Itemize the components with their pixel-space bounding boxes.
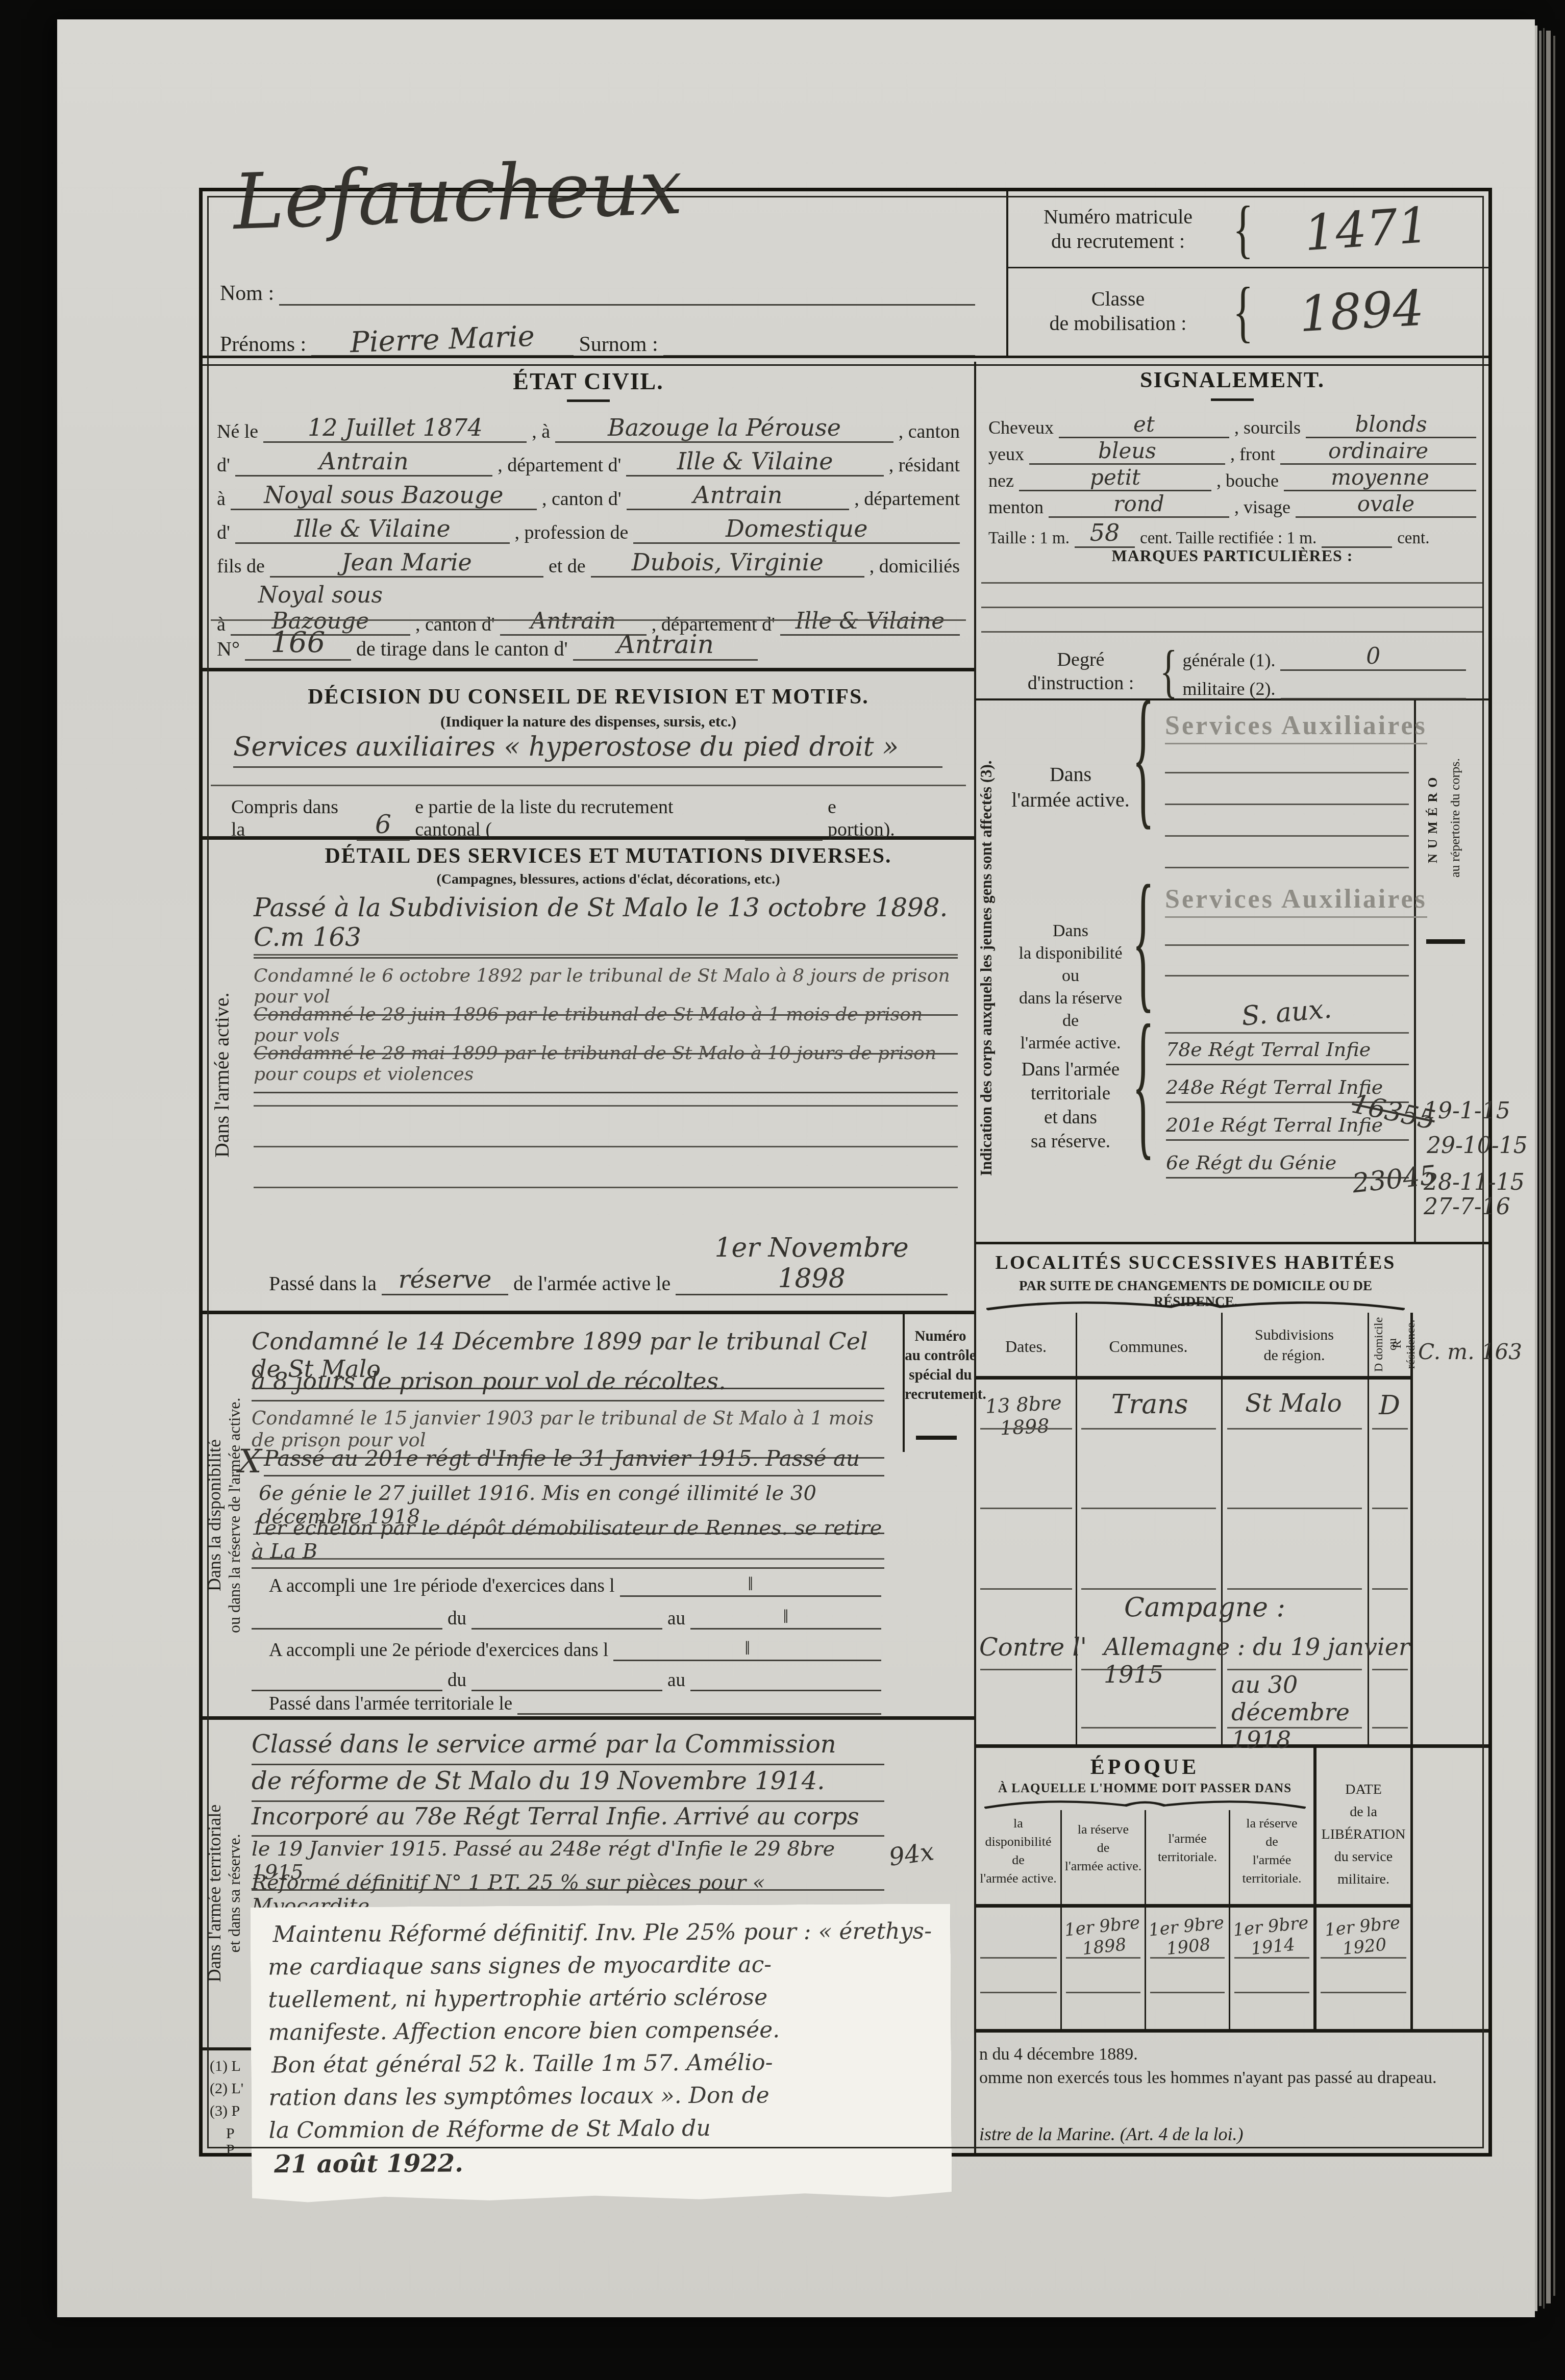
- epoque-value-4: 1er 9bre 1914: [1228, 1912, 1315, 1962]
- epoque-value-3: 1er 9bre 1908: [1144, 1912, 1230, 1961]
- col-r-header: R résidence.: [1390, 1316, 1418, 1373]
- corps-date-1: 19-1-15: [1424, 1098, 1510, 1124]
- cm163-margin-note: C. m. 163: [1418, 1339, 1522, 1364]
- brace-ornament: [986, 1297, 1405, 1311]
- ruled-line: [1165, 867, 1409, 868]
- ruled-line: [980, 1669, 1072, 1670]
- localites-section: LOCALITÉS SUCCESSIVES HABITÉES PAR SUITE…: [976, 1244, 1488, 1748]
- repertoire-label-2: au répertoire du corps.: [1448, 711, 1463, 925]
- page-edge-streak: [1553, 36, 1555, 2296]
- territoriale-margin-label-1: Dans l'armée territoriale: [204, 1720, 225, 2066]
- brace-icon: {: [1233, 271, 1253, 350]
- label: cent.: [1397, 529, 1429, 548]
- row-dr: D: [1370, 1390, 1409, 1421]
- decision-subtitle: (Indiquer la nature des dispenses, sursi…: [203, 713, 974, 731]
- degre-militaire-row: militaire (2).: [1183, 678, 1466, 699]
- corps-date-2: 29-10-15: [1427, 1133, 1528, 1159]
- ruled-line: [1234, 1992, 1309, 1993]
- tirage-row: N° 166 de tirage dans le canton d' Antra…: [217, 626, 758, 661]
- note-line-7: la Commion de Réforme de St Malo du: [269, 2115, 711, 2144]
- label: à: [217, 488, 226, 510]
- ruled-line: [1150, 1957, 1225, 1959]
- ruled-line: [254, 954, 958, 956]
- etat-civil-title: ÉTAT CIVIL.: [203, 368, 974, 395]
- au-label: au: [667, 1608, 685, 1630]
- label: yeux: [988, 443, 1024, 465]
- corps-date-4: 27-7-16: [1424, 1194, 1510, 1220]
- epoque-col-1: la disponibilité de l'armée active.: [976, 1814, 1060, 1888]
- services-auxiliaires-stamp: Services Auxiliaires: [1165, 711, 1427, 744]
- value: Ille & Vilaine: [677, 447, 833, 475]
- controle-box: Numéro au contrôle spécial du recrutemen…: [903, 1314, 976, 1452]
- matricule-row: Numéro matricule du recrutement : { 1471: [1008, 191, 1491, 268]
- ruled-line: [980, 1588, 1072, 1590]
- corps-territoriale-label: Dans l'armée territoriale et dans sa rés…: [1007, 1058, 1134, 1154]
- reserve-word: réserve: [399, 1265, 492, 1294]
- label: A accompli une 1re période d'exercices d…: [269, 1575, 615, 1597]
- note-line-4: manifeste. Affection encore bien compens…: [268, 2017, 780, 2045]
- ruled-line: [1227, 1428, 1362, 1430]
- corps-active-label: Dans l'armée active.: [1007, 762, 1134, 813]
- au-label: au: [667, 1669, 685, 1691]
- reserve-row: Passé dans la réserve de l'armée active …: [269, 1233, 948, 1295]
- header-rule: [976, 1904, 1412, 1908]
- ruled-line: [980, 1428, 1072, 1430]
- blank-line: [690, 1690, 881, 1691]
- label: , canton: [899, 420, 960, 443]
- footer-fragment-1: n du 4 décembre 1889.: [979, 2045, 1138, 2064]
- label: , à: [532, 420, 550, 443]
- value: ovale: [1357, 491, 1414, 516]
- label: , profession de: [515, 521, 629, 544]
- epoque-col-2: la réserve de l'armée active.: [1062, 1820, 1145, 1875]
- epoque-title: ÉPOQUE: [976, 1755, 1313, 1780]
- dispo-margin-label-2: ou dans la réserve de l'armée active.: [225, 1314, 244, 1716]
- etat-civil-section: ÉTAT CIVIL. Né le 12 Juillet 1874 , à Ba…: [203, 362, 974, 671]
- label: menton: [988, 496, 1044, 518]
- signalement-title: SIGNALEMENT.: [976, 367, 1488, 393]
- header-rule: [976, 1376, 1412, 1380]
- ruled-line: [1165, 772, 1409, 773]
- label: , département d': [498, 454, 621, 477]
- taille-value: 58: [1090, 519, 1120, 546]
- ruled-line: [1081, 1428, 1216, 1430]
- ruled-line: [981, 582, 1483, 584]
- value: bleus: [1098, 438, 1156, 463]
- value: petit: [1090, 465, 1140, 490]
- ruled-line: [1081, 1727, 1216, 1728]
- blank-line: [252, 1628, 442, 1630]
- prenoms-line: Pierre Marie: [311, 322, 574, 357]
- epoque-value-5: 1er 9bre 1920: [1314, 1912, 1412, 1962]
- prenoms-value: Pierre Marie: [350, 320, 535, 360]
- label: d': [217, 454, 230, 477]
- ruled-line: [1372, 1588, 1408, 1590]
- brace-icon: {: [1132, 668, 1154, 846]
- signalement-row-3: nez petit , bouche moyenne: [988, 465, 1476, 491]
- ruled-line: [1165, 944, 1409, 946]
- ruled-line: [211, 785, 966, 786]
- classe-label: Classe: [1091, 287, 1145, 310]
- title-rule: [567, 399, 610, 402]
- footer-right: n du 4 décembre 1889. omme non exercés t…: [976, 2033, 1488, 2153]
- territoriale-entry-1: Classé dans le service armé par la Commi…: [252, 1730, 884, 1765]
- label: Passé dans la: [269, 1271, 377, 1295]
- ruled-line: [1321, 1992, 1406, 1993]
- matricule-value: 1471: [1303, 196, 1431, 262]
- etat-line-5: fils de Jean Marie et de Dubois, Virgini…: [217, 548, 960, 578]
- header-left: Lefaucheux Nom : Prénoms : Pierre Marie …: [203, 191, 1006, 356]
- ruled-line: [1165, 804, 1409, 805]
- generale-label: générale (1).: [1183, 649, 1276, 671]
- col-dates-header: Dates.: [976, 1337, 1076, 1356]
- blank-line: ‖: [690, 1606, 881, 1630]
- title-rule: [1211, 398, 1254, 401]
- footer-fragment-3: istre de la Marine. (Art. 4 de la loi.): [979, 2123, 1244, 2145]
- classe-label2: de mobilisation :: [1050, 312, 1187, 335]
- ruled-line: [1227, 1508, 1362, 1509]
- value: Domestique: [726, 515, 868, 542]
- epoque-col-3: l'armée territoriale.: [1146, 1830, 1229, 1866]
- footnote-4: P: [226, 2125, 235, 2142]
- passage-territoriale-row: Passé dans l'armée territoriale le: [269, 1693, 881, 1715]
- label: , département: [854, 488, 960, 510]
- table-right-edge: [1410, 1748, 1413, 2029]
- prenoms-row: Prénoms : Pierre Marie Surnom :: [220, 322, 975, 357]
- label: , canton d': [542, 488, 622, 510]
- epoque-section: ÉPOQUE À LAQUELLE L'HOMME DOIT PASSER DA…: [976, 1748, 1488, 2033]
- services-entry-4: Condamné le 28 mai 1899 par le tribunal …: [254, 1043, 958, 1093]
- value: Antrain: [319, 447, 408, 475]
- col-subdiv-header: Subdivisions de région.: [1221, 1325, 1368, 1366]
- etat-line-4: d' Ille & Vilaine , profession de Domest…: [217, 515, 960, 544]
- label: Passé dans l'armée territoriale le: [269, 1693, 512, 1715]
- label: , bouche: [1216, 470, 1279, 491]
- tirage-number: 166: [270, 626, 325, 659]
- label: Cheveux: [988, 417, 1054, 438]
- matricule-label: Numéro matricule: [1044, 205, 1193, 228]
- label: e partie de la liste du recrutement cant…: [415, 796, 740, 841]
- blank-line: [252, 1690, 442, 1691]
- pasted-revision-note: Maintenu Réformé définitif. Inv. Ple 25%…: [250, 1903, 952, 2206]
- ruled-line: [981, 607, 1483, 608]
- double-mark: ‖: [744, 1638, 750, 1659]
- label: Compris dans la: [231, 796, 352, 841]
- brace-ornament: [984, 1797, 1306, 1809]
- ruled-line: [1321, 1957, 1406, 1959]
- periode-1-dates-row: du au ‖: [252, 1606, 881, 1630]
- scanned-register-page: Lefaucheux Nom : Prénoms : Pierre Marie …: [0, 0, 1565, 2380]
- blank-line: [517, 1713, 881, 1715]
- value: et: [1133, 412, 1155, 437]
- ruled-line: [254, 1105, 958, 1107]
- note-line-1: Maintenu Réformé définitif. Inv. Ple 25%…: [273, 1918, 932, 1948]
- value: Ille & Vilaine: [294, 515, 451, 542]
- footnote-3: (3) P: [210, 2102, 240, 2120]
- dispo-entry-6: 1er échelon par le dépôt démobilisateur …: [252, 1516, 884, 1569]
- decision-text: Services auxiliaires « hyperostose du pi…: [233, 732, 942, 768]
- value: Dubois, Virginie: [632, 548, 824, 576]
- ruled-line: [252, 1558, 884, 1560]
- footnote-5: P: [226, 2141, 235, 2159]
- surnom-label: Surnom :: [579, 332, 658, 357]
- value: Ille & Vilaine: [796, 608, 945, 634]
- partie-number: 6: [375, 810, 391, 839]
- numero-label: N°: [217, 637, 240, 661]
- ruled-line: [254, 1187, 958, 1188]
- short-rule: [916, 1436, 957, 1440]
- right-column: SIGNALEMENT. Cheveux et , sourcils blond…: [976, 362, 1488, 2153]
- campagne-contre: Contre l': [979, 1633, 1087, 1662]
- degre-block: Degré d'instruction : { générale (1). 0 …: [1007, 643, 1466, 699]
- margin-mark: 94x: [887, 1837, 936, 1872]
- dispo-section: Dans la disponibilité ou dans la réserve…: [203, 1314, 974, 1720]
- periode-2-row: A accompli une 2e période d'exercices da…: [269, 1638, 881, 1661]
- value: ordinaire: [1328, 438, 1428, 463]
- ruled-line: [980, 1992, 1057, 1993]
- reserve-date: 1er Novembre 1898: [714, 1233, 908, 1294]
- label: de tirage dans le canton d': [356, 637, 568, 661]
- services-section: Dans l'armée active. DÉTAIL DES SERVICES…: [203, 840, 974, 1314]
- page-edge-streak: [1546, 31, 1551, 2303]
- row-commune: Trans: [1083, 1389, 1216, 1420]
- ruled-line: [1234, 1957, 1309, 1959]
- regiment-1: 78e Régt Terral Infie: [1166, 1038, 1409, 1065]
- degre-generale-row: générale (1). 0: [1183, 643, 1466, 671]
- footnote-1: (1) L: [210, 2058, 241, 2075]
- label: , visage: [1234, 496, 1290, 518]
- dispo-margin-label-1: Dans la disponibilité: [204, 1314, 225, 1716]
- ruled-line: [1066, 1957, 1140, 1959]
- label: et de: [549, 555, 586, 578]
- x-mark: X: [238, 1443, 262, 1481]
- ruled-line: [980, 1508, 1072, 1509]
- value: Noyal sous Bazouge: [264, 481, 503, 509]
- du-label: du: [448, 1669, 466, 1691]
- du-label: du: [448, 1608, 466, 1630]
- ruled-line: [1227, 1588, 1362, 1590]
- brace-icon: {: [1233, 192, 1253, 266]
- row-subdiv: St Malo: [1227, 1389, 1360, 1418]
- label: fils de: [217, 555, 265, 578]
- col-communes-header: Communes.: [1076, 1337, 1221, 1356]
- double-mark: ‖: [748, 1574, 753, 1595]
- epoque-subtitle: À LAQUELLE L'HOMME DOIT PASSER DANS: [976, 1782, 1313, 1796]
- value: Antrain: [693, 481, 782, 509]
- militaire-line: [1281, 698, 1467, 699]
- services-margin-label: Dans l'armée active.: [210, 840, 234, 1311]
- ruled-line: [1165, 1032, 1409, 1034]
- signalement-row-4: menton rond , visage ovale: [988, 491, 1476, 518]
- nom-line: [279, 304, 975, 306]
- generale-value: 0: [1366, 643, 1380, 669]
- ruled-line: [1372, 1428, 1408, 1430]
- note-line-6: ration dans les symptômes locaux ». Don …: [268, 2082, 769, 2111]
- services-subtitle: (Campagnes, blessures, actions d'éclat, …: [246, 871, 971, 888]
- footer-fragment-2: omme non exercés tous les hommes n'ayant…: [979, 2068, 1436, 2088]
- label: , domiciliés: [870, 555, 960, 578]
- territoriale-entry-3: Incorporé au 78e Régt Terral Infie. Arri…: [252, 1802, 884, 1837]
- prenoms-label: Prénoms :: [220, 332, 306, 357]
- label: Né le: [217, 420, 258, 443]
- signalement-row-2: yeux bleus , front ordinaire: [988, 438, 1476, 465]
- footnote-2: (2) L': [210, 2080, 243, 2097]
- territoriale-entry-2: de réforme de St Malo du 19 Novembre 191…: [252, 1767, 884, 1802]
- classe-row: Classe de mobilisation : { 1894: [1008, 268, 1491, 354]
- ruled-line: [1081, 1588, 1216, 1590]
- label: , résidant: [889, 454, 960, 477]
- ruled-line: [254, 1146, 958, 1147]
- ruled-line: [211, 619, 966, 621]
- label: , sourcils: [1234, 417, 1301, 438]
- liberation-col-header: DATE de la LIBÉRATION du service militai…: [1316, 1778, 1410, 1891]
- left-column: ÉTAT CIVIL. Né le 12 Juillet 1874 , à Ba…: [203, 362, 976, 2153]
- ruled-line: [1150, 1992, 1225, 1993]
- etat-line-2: d' Antrain , département d' Ille & Vilai…: [217, 447, 960, 477]
- signalement-row-1: Cheveux et , sourcils blonds: [988, 412, 1476, 438]
- page-edge-streak: [1539, 31, 1542, 2306]
- saux-note: S. aux.: [1240, 993, 1333, 1032]
- militaire-label: militaire (2).: [1183, 678, 1276, 699]
- epoque-col-4: la réserve de l'armée territoriale.: [1230, 1814, 1313, 1888]
- compris-row: Compris dans la 6 e partie de la liste d…: [231, 796, 905, 841]
- label: Taille : 1 m.: [988, 529, 1070, 548]
- page-edge-streak: [1543, 28, 1545, 2309]
- blank-line: [471, 1690, 662, 1691]
- dispo-entry-2: à 8 jours de prison pour vol de récoltes…: [252, 1367, 884, 1401]
- localites-title: LOCALITÉS SUCCESSIVES HABITÉES: [976, 1251, 1415, 1274]
- label: , front: [1230, 443, 1275, 465]
- dispo-entry-4: Passé au 201e régt d'Infie le 31 Janvier…: [264, 1446, 884, 1476]
- nom-value: Lefaucheux: [232, 143, 684, 247]
- blank-line: ‖: [613, 1638, 881, 1661]
- page-edge-streak: [1535, 26, 1537, 2311]
- label: d': [217, 521, 230, 544]
- blank-line: ‖: [620, 1573, 881, 1597]
- services-title: DÉTAIL DES SERVICES ET MUTATIONS DIVERSE…: [246, 844, 971, 868]
- value: blonds: [1355, 412, 1427, 437]
- periode-1-row: A accompli une 1re période d'exercices d…: [269, 1573, 881, 1597]
- decision-section: DÉCISION DU CONSEIL DE REVISION ET MOTIF…: [203, 671, 974, 840]
- taille-row: Taille : 1 m. 58 cent. Taille rectifiée …: [988, 519, 1476, 548]
- value: 12 Juillet 1874: [308, 414, 483, 441]
- double-mark: ‖: [783, 1607, 788, 1627]
- ruled-line: [1372, 1508, 1408, 1509]
- brace-icon: {: [1160, 638, 1178, 706]
- epoque-value-2: 1er 9bre 1898: [1060, 1912, 1146, 1961]
- ruled-line: [1066, 1992, 1140, 1993]
- value: Bazouge la Pérouse: [608, 414, 841, 441]
- label: nez: [988, 470, 1014, 491]
- corps-date-3: 28-11-15: [1424, 1169, 1525, 1195]
- periode-2-dates-row: du au: [252, 1669, 881, 1691]
- label: A accompli une 2e période d'exercices da…: [269, 1639, 608, 1661]
- label: e portion).: [828, 796, 905, 841]
- header-right: Numéro matricule du recrutement : { 1471…: [1006, 191, 1491, 356]
- corps-dispo-label: Dans la disponibilité ou dans la réserve…: [1007, 920, 1134, 1055]
- campagne-fin: au 30 décembre 1918: [1231, 1671, 1412, 1753]
- classe-value: 1894: [1298, 280, 1426, 343]
- note-line-2: me cardiaque sans signes de myocardite a…: [268, 1951, 772, 1980]
- value: Jean Marie: [341, 548, 472, 576]
- nom-row: Nom :: [220, 281, 975, 306]
- ruled-line: [1081, 1508, 1216, 1509]
- territoriale-margin-label-2: et dans sa réserve.: [225, 1720, 244, 2066]
- note-line-5: Bon état général 52 k. Taille 1m 57. Amé…: [271, 2049, 773, 2078]
- blank-line: [471, 1628, 662, 1630]
- ruled-line: [1165, 835, 1409, 837]
- short-rule: [1426, 939, 1465, 944]
- brace-icon: {: [1132, 989, 1154, 1179]
- corps-margin-label: Indication des corps auxquels les jeunes…: [977, 706, 996, 1231]
- note-line-3: tuellement, ni hypertrophie artério sclé…: [268, 1984, 767, 2013]
- signalement-section: SIGNALEMENT. Cheveux et , sourcils blond…: [976, 362, 1488, 700]
- services-entry-1: Passé à la Subdivision de St Malo le 13 …: [254, 893, 958, 959]
- label: cent. Taille rectifiée : 1 m.: [1140, 529, 1316, 548]
- value: rond: [1113, 491, 1164, 516]
- ruled-line: [980, 1957, 1057, 1959]
- ruled-line: [981, 631, 1483, 633]
- label: de l'armée active le: [513, 1271, 670, 1295]
- marques-label: MARQUES PARTICULIÈRES :: [976, 546, 1488, 565]
- etat-line-3: à Noyal sous Bazouge , canton d' Antrain…: [217, 481, 960, 510]
- nom-label: Nom :: [220, 281, 274, 306]
- matricule-form: Lefaucheux Nom : Prénoms : Pierre Marie …: [199, 188, 1492, 2157]
- repertoire-label-1: NUMÉRO: [1425, 711, 1440, 925]
- tirage-canton: Antrain: [617, 630, 714, 659]
- localites-table: Dates. Communes. Subdivisions de région.…: [976, 1313, 1412, 1744]
- value: moyenne: [1331, 465, 1429, 490]
- etat-line-1: Né le 12 Juillet 1874 , à Bazouge la Pér…: [217, 414, 960, 443]
- ruled-line: [1165, 975, 1409, 976]
- services-auxiliaires-stamp-2: Services Auxiliaires: [1165, 884, 1427, 918]
- matricule-label2: du recrutement :: [1051, 230, 1185, 253]
- campagne-title: Campagne :: [1124, 1592, 1285, 1623]
- decision-title: DÉCISION DU CONSEIL DE REVISION ET MOTIF…: [203, 685, 974, 709]
- note-line-8: 21 août 1922.: [274, 2149, 463, 2178]
- controle-label: Numéro au contrôle spécial du recrutemen…: [905, 1314, 976, 1404]
- row-date: 13 8bre 1898: [972, 1391, 1076, 1441]
